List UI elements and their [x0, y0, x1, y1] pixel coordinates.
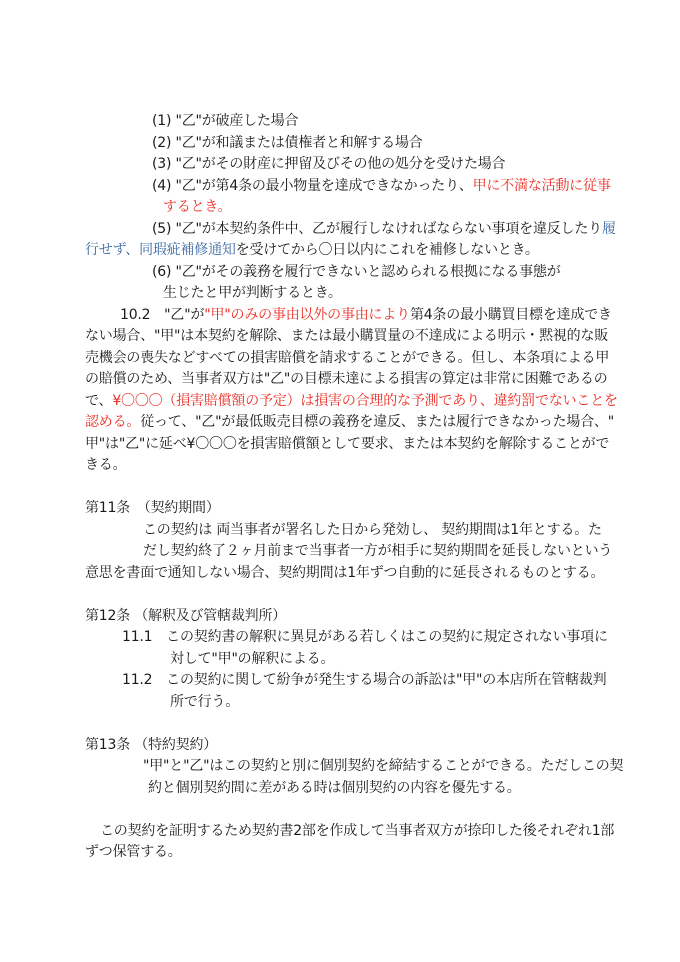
text-segment: ない場合、"甲"は本契約を解除、または最小購買量の不達成による明示・黙視的な販 — [85, 328, 608, 344]
text-line: 第12条 （解釈及び管轄裁判所） — [85, 606, 605, 628]
text-segment: 11.1 この契約書の解釈に異見がある若しくはこの契約に規定されない事項に — [122, 629, 608, 645]
text-line: 生じたと甲が判断するとき。 — [163, 283, 605, 305]
text-segment: (5) "乙"が本契約条件中、乙が履行しなければならない事項を違反したり — [152, 221, 602, 237]
text-line: "甲"と"乙"はこの契約と別に個別契約を締結することができる。ただしこの契 — [143, 756, 605, 778]
blank-line — [85, 799, 605, 821]
text-segment: 生じたと甲が判断するとき。 — [163, 285, 342, 301]
text-line: (6) "乙"がその義務を履行できないと認められる根拠になる事態が — [152, 262, 605, 284]
text-segment: 所で行う。 — [170, 694, 239, 710]
text-line: するとき。 — [163, 197, 605, 219]
text-line: 売機会の喪失などすべての損害賠償を請求することができる。但し、本条項による甲 — [85, 348, 605, 370]
text-segment: (2) "乙"が和議または債権者と和解する場合 — [152, 135, 423, 151]
text-segment: の賠償のため、当事者双方は"乙"の目標未達による損害の算定は非常に困難であるの — [85, 371, 608, 387]
text-segment: 約と個別契約間に差がある時は個別契約の内容を優先する。 — [148, 780, 521, 796]
text-line: この契約は 両当事者が署名した日から発効し、 契約期間は1年とする。た — [143, 520, 605, 542]
text-line: (4) "乙"が第4条の最小物量を達成できなかったり、甲に不満な活動に従事 — [152, 176, 605, 198]
text-segment: で、 — [85, 393, 112, 409]
text-line: で、¥〇〇〇（損害賠償額の予定）は損害の合理的な予測であり、違約罰でないことを — [85, 391, 605, 413]
text-line: 甲"は"乙"に延べ¥〇〇〇を損害賠償額として要求、または本契約を解除することがで — [85, 434, 605, 456]
text-segment-red: 甲に不満な活動に従事 — [473, 178, 611, 194]
text-segment-red: "甲"のみの事由以外の事由により — [204, 307, 410, 323]
text-segment: 従って、"乙"が最低販売目標の義務を違反、または履行できなかった場合、" — [140, 414, 614, 430]
text-line: 意思を書面で通知しない場合、契約期間は1年ずつ自動的に延長されるものとする。 — [85, 563, 605, 585]
text-segment: 第4条の最小購買目標を達成でき — [410, 307, 612, 323]
text-segment: (4) "乙"が第4条の最小物量を達成できなかったり、 — [152, 178, 473, 194]
text-line: 約と個別契約間に差がある時は個別契約の内容を優先する。 — [148, 778, 605, 800]
text-segment-blue: 行せず、同瑕疵補修通知 — [85, 242, 236, 258]
text-line: の賠償のため、当事者双方は"乙"の目標未達による損害の算定は非常に困難であるの — [85, 369, 605, 391]
text-line: 第13条 （特約契約） — [85, 735, 605, 757]
text-line: 対して"甲"の解釈による。 — [170, 649, 605, 671]
text-line: 行せず、同瑕疵補修通知を受けてから〇日以内にこれを補修しないとき。 — [85, 240, 605, 262]
text-segment: (6) "乙"がその義務を履行できないと認められる根拠になる事態が — [152, 264, 561, 280]
text-line: きる。 — [85, 455, 605, 477]
text-line: 11.2 この契約に関して紛争が発生する場合の訴訟は"甲"の本店所在管轄裁判 — [122, 670, 605, 692]
text-segment: 10.2 "乙"が — [120, 307, 204, 323]
text-line: ずつ保管する。 — [85, 842, 605, 864]
text-segment: ずつ保管する。 — [85, 844, 182, 860]
text-segment-red: ¥〇〇〇（損害賠償額の予定）は損害の合理的な予測であり、違約罰でないことを — [112, 393, 618, 409]
text-line: (2) "乙"が和議または債権者と和解する場合 — [152, 133, 605, 155]
text-segment: 第11条 （契約期間） — [85, 500, 220, 516]
text-line: 10.2 "乙"が"甲"のみの事由以外の事由により第4条の最小購買目標を達成でき — [120, 305, 605, 327]
text-segment: この契約は 両当事者が署名した日から発効し、 契約期間は1年とする。た — [143, 522, 602, 538]
document-lines: (1) "乙"が破産した場合(2) "乙"が和議または債権者と和解する場合(3)… — [85, 111, 605, 864]
text-line: 第11条 （契約期間） — [85, 498, 605, 520]
text-segment-red: 認める。 — [85, 414, 140, 430]
text-segment: (3) "乙"がその財産に押留及びその他の処分を受けた場合 — [152, 156, 505, 172]
text-line: 11.1 この契約書の解釈に異見がある若しくはこの契約に規定されない事項に — [122, 627, 605, 649]
text-segment: (1) "乙"が破産した場合 — [152, 113, 298, 129]
text-segment: きる。 — [85, 457, 126, 473]
text-segment: 対して"甲"の解釈による。 — [170, 651, 334, 667]
text-line: (5) "乙"が本契約条件中、乙が履行しなければならない事項を違反したり履 — [152, 219, 605, 241]
text-line: 所で行う。 — [170, 692, 605, 714]
text-segment-red: するとき。 — [163, 199, 231, 215]
text-segment: 売機会の喪失などすべての損害賠償を請求することができる。但し、本条項による甲 — [85, 350, 609, 366]
text-segment: 11.2 この契約に関して紛争が発生する場合の訴訟は"甲"の本店所在管轄裁判 — [122, 672, 606, 688]
text-segment: "甲"と"乙"はこの契約と別に個別契約を締結することができる。ただしこの契 — [143, 758, 623, 774]
text-segment: 甲"は"乙"に延べ¥〇〇〇を損害賠償額として要求、または本契約を解除することがで — [85, 436, 609, 452]
blank-line — [85, 584, 605, 606]
text-line: 認める。従って、"乙"が最低販売目標の義務を違反、または履行できなかった場合、" — [85, 412, 605, 434]
text-segment: 意思を書面で通知しない場合、契約期間は1年ずつ自動的に延長されるものとする。 — [85, 565, 604, 581]
text-segment: 第13条 （特約契約） — [85, 737, 217, 753]
text-line: ない場合、"甲"は本契約を解除、または最小購買量の不達成による明示・黙視的な販 — [85, 326, 605, 348]
text-segment: だし契約終了２ヶ月前まで当事者一方が相手に契約期間を延長しないという — [143, 543, 612, 559]
text-segment-blue: 履 — [602, 221, 616, 237]
text-line: この契約を証明するため契約書2部を作成して当事者双方が捺印した後それぞれ1部 — [100, 821, 605, 843]
text-segment: 第12条 （解釈及び管轄裁判所） — [85, 608, 286, 624]
text-segment: この契約を証明するため契約書2部を作成して当事者双方が捺印した後それぞれ1部 — [100, 823, 614, 839]
blank-line — [85, 477, 605, 499]
text-line: (3) "乙"がその財産に押留及びその他の処分を受けた場合 — [152, 154, 605, 176]
text-line: だし契約終了２ヶ月前まで当事者一方が相手に契約期間を延長しないという — [143, 541, 605, 563]
contract-document-page: (1) "乙"が破産した場合(2) "乙"が和議または債権者と和解する場合(3)… — [0, 0, 680, 962]
text-segment: を受けてから〇日以内にこれを補修しないとき。 — [236, 242, 539, 258]
blank-line — [85, 713, 605, 735]
text-line: (1) "乙"が破産した場合 — [152, 111, 605, 133]
